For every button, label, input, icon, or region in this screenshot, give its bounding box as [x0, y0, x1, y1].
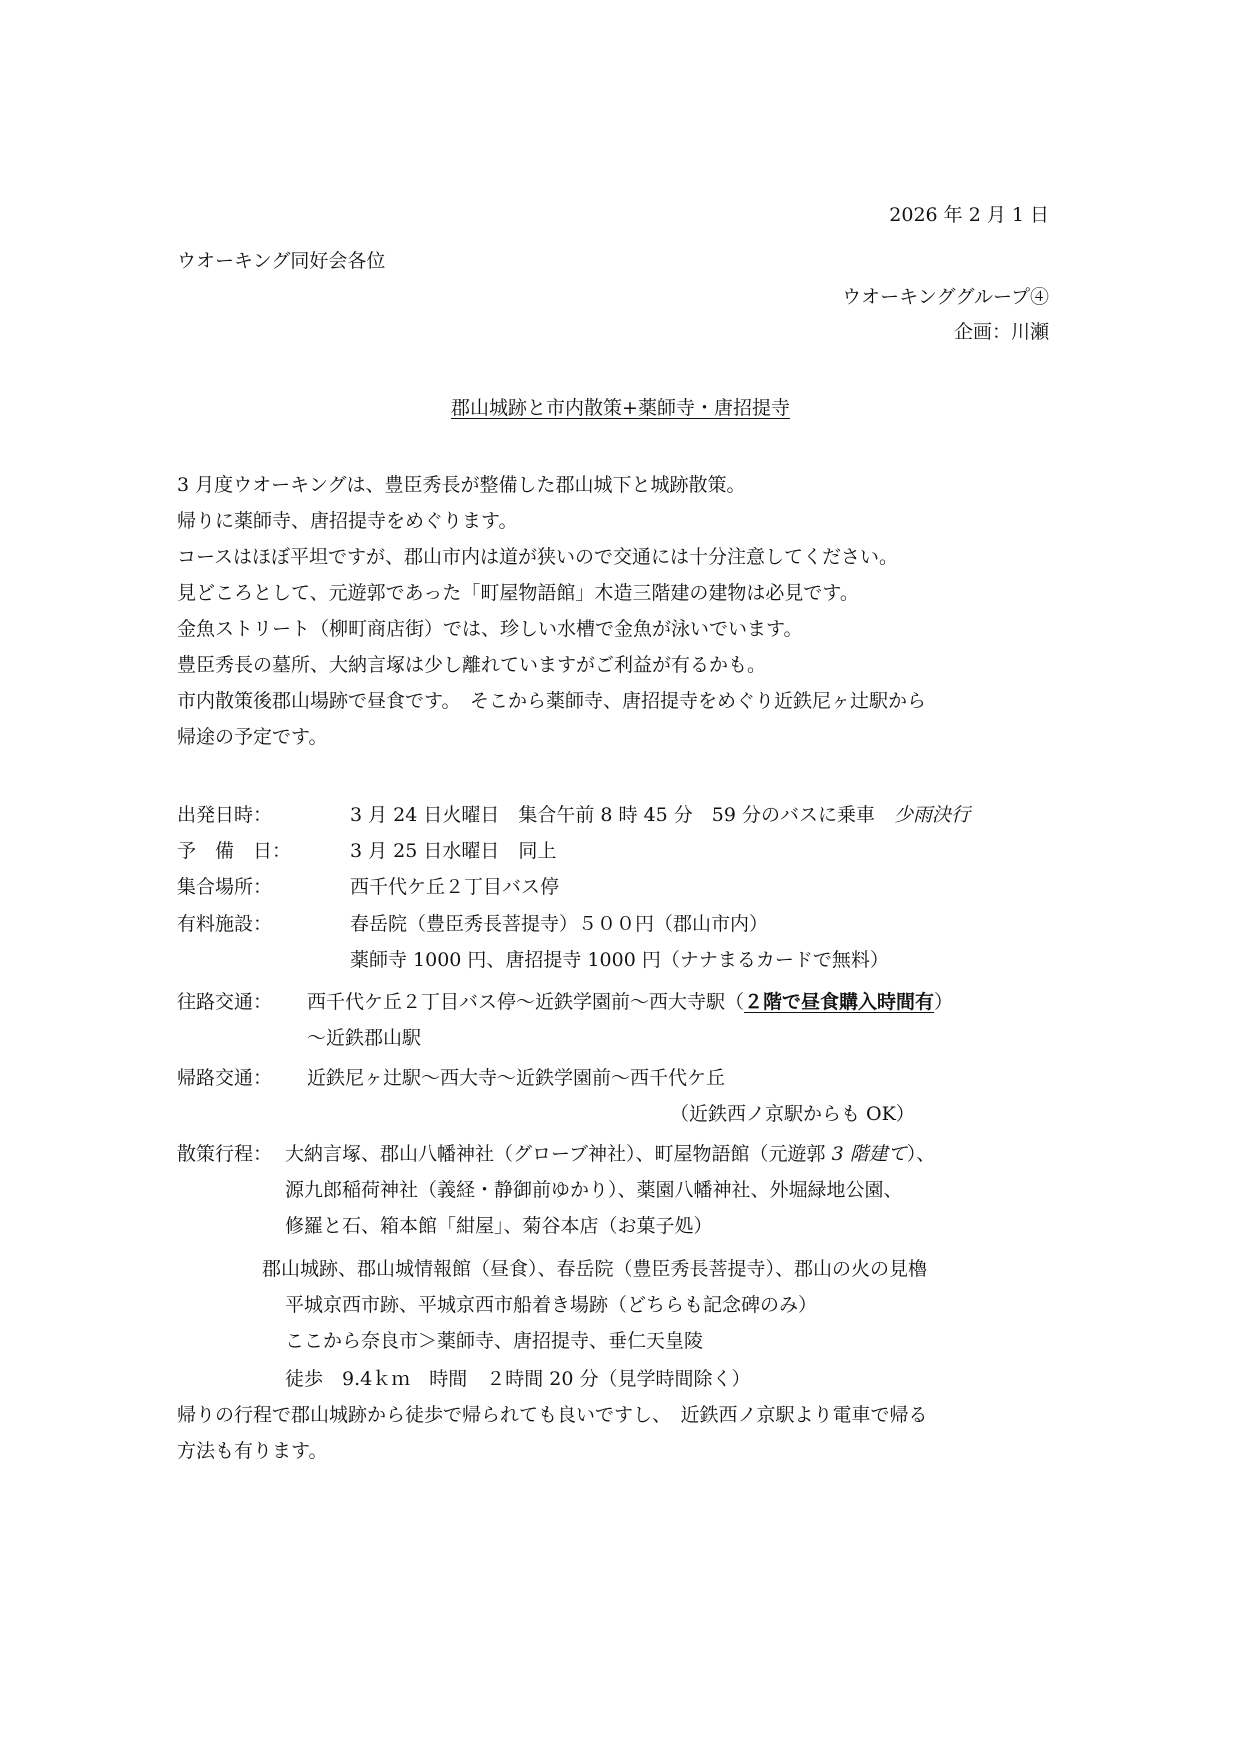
outbound-line-2: ～近鉄郡山駅	[307, 1026, 421, 1050]
fees-line-2: 薬師寺 1000 円、唐招提寺 1000 円（ナナまるカードで無料）	[350, 948, 889, 972]
route-line-1-text: 大納言塚、郡山八幡神社（グローブ神社）、町屋物語館（元遊郭	[285, 1143, 832, 1165]
recipient: ウオーキング同好会各位	[177, 249, 385, 273]
route-line-4: 郡山城跡、郡山城情報館（昼食）、春岳院（豊臣秀長菩提寺）、郡山の火の見櫓	[262, 1257, 927, 1281]
intro-line-2: 帰りに薬師寺、唐招提寺をめぐります。	[177, 509, 517, 533]
departure-label: 出発日時：	[177, 803, 272, 827]
intro-line-7: 市内散策後郡山場跡で昼食です。 そこから薬師寺、唐招提寺をめぐり近鉄尼ヶ辻駅から	[177, 689, 926, 713]
page-title: 郡山城跡と市内散策+薬師寺・唐招提寺	[0, 396, 1241, 420]
outbound-line-1: 西千代ケ丘２丁目バス停～近鉄学園前～西大寺駅（２階で昼食購入時間有）	[307, 990, 953, 1014]
route-line-1: 大納言塚、郡山八幡神社（グローブ神社）、町屋物語館（元遊郭 3 階建て）、	[285, 1142, 935, 1166]
rain-note: 少雨決行	[894, 804, 970, 826]
route-line-7: 徒歩 9.4ｋｍ 時間 ２時間 20 分（見学時間除く）	[285, 1367, 750, 1391]
lunch-purchase-note: ２階で昼食購入時間有	[744, 991, 934, 1013]
planner: 企画：川瀬	[954, 320, 1049, 344]
intro-line-4: 見どころとして、元遊郭であった「町屋物語館」木造三階建の建物は必見です。	[177, 581, 859, 605]
reserve-value: 3 月 25 日水曜日 同上	[350, 839, 556, 863]
departure-text: 3 月 24 日火曜日 集合午前 8 時 45 分 59 分のバスに乗車	[350, 804, 894, 826]
intro-line-1: 3 月度ウオーキングは、豊臣秀長が整備した郡山城下と城跡散策。	[177, 473, 746, 497]
document-date: 2026 年 2 月 1 日	[889, 203, 1049, 227]
route-line-1-suffix: ）、	[907, 1143, 936, 1165]
reserve-label: 予 備 日：	[177, 839, 291, 863]
sender-group: ウオーキンググループ④	[842, 285, 1049, 309]
intro-line-6: 豊臣秀長の墓所、大納言塚は少し離れていますがご利益が有るかも。	[177, 653, 766, 677]
return-line-1: 近鉄尼ヶ辻駅～西大寺～近鉄学園前～西千代ケ丘	[307, 1066, 725, 1090]
outbound-label: 往路交通：	[177, 990, 272, 1014]
route-line-6: ここから奈良市＞薬師寺、唐招提寺、垂仁天皇陵	[285, 1329, 703, 1353]
route-line-3: 修羅と石、箱本館「紺屋」、菊谷本店（お菓子処）	[285, 1214, 713, 1238]
route-label: 散策行程：	[177, 1142, 272, 1166]
fees-line-1: 春岳院（豊臣秀長菩提寺）５００円（郡山市内）	[350, 912, 768, 936]
departure-value: 3 月 24 日火曜日 集合午前 8 時 45 分 59 分のバスに乗車 少雨決…	[350, 803, 970, 827]
three-story-note: 3 階建て	[832, 1143, 907, 1165]
outbound-route: 西千代ケ丘２丁目バス停～近鉄学園前～西大寺駅（	[307, 991, 744, 1013]
fees-label: 有料施設：	[177, 912, 272, 936]
intro-line-3: コースはほぼ平坦ですが、郡山市内は道が狭いので交通には十分注意してください。	[177, 545, 898, 569]
return-label: 帰路交通：	[177, 1066, 272, 1090]
outbound-close-paren: ）	[934, 991, 953, 1013]
meeting-label: 集合場所：	[177, 875, 272, 899]
intro-line-5: 金魚ストリート（柳町商店街）では、珍しい水槽で金魚が泳いでいます。	[177, 617, 802, 641]
route-line-5: 平城京西市跡、平城京西市船着き場跡（どちらも記念碑のみ）	[285, 1293, 817, 1317]
closing-line-2: 方法も有ります。	[177, 1439, 327, 1463]
closing-line-1: 帰りの行程で郡山城跡から徒歩で帰られても良いですし、 近鉄西ノ京駅より電車で帰る	[177, 1403, 928, 1427]
route-line-2: 源九郎稲荷神社（義経・静御前ゆかり）、薬園八幡神社、外堀緑地公園、	[285, 1178, 903, 1202]
return-line-2: （近鉄西ノ京駅からも OK）	[670, 1102, 915, 1126]
meeting-value: 西千代ケ丘２丁目バス停	[350, 875, 559, 899]
intro-line-8: 帰途の予定です。	[177, 725, 327, 749]
